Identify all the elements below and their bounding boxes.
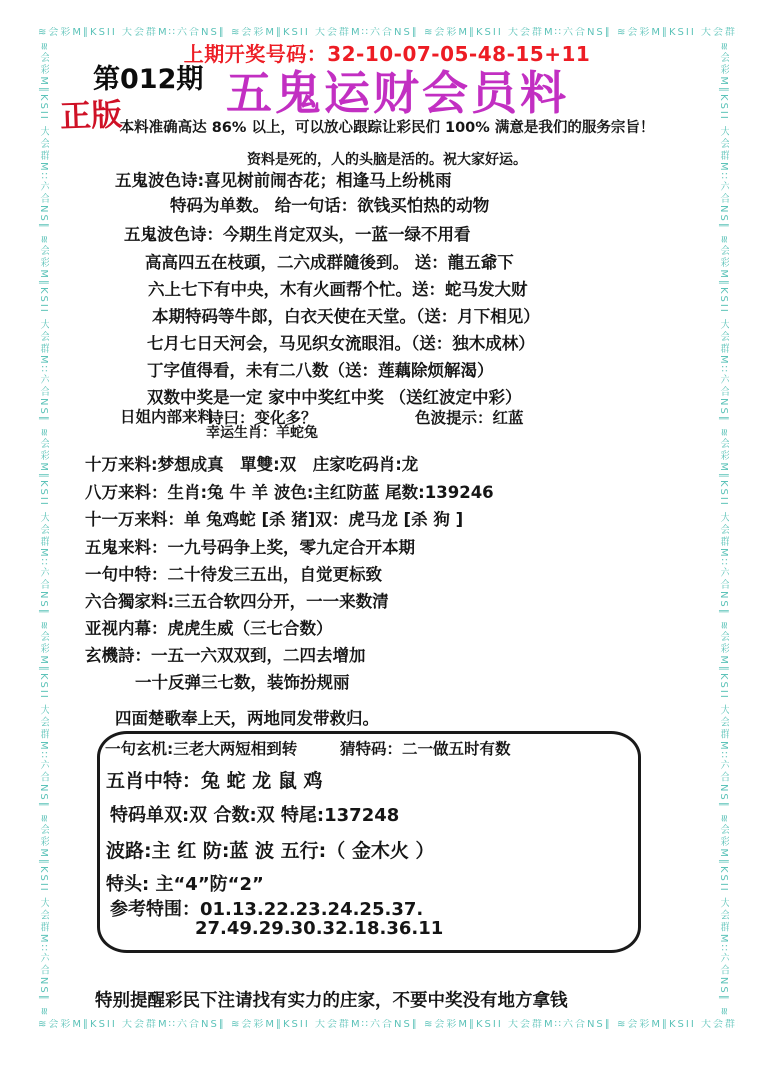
box-guess-special: 猜特码：二一做五时有数	[340, 737, 511, 759]
tip-line: 十一万来料：单 兔鸡蛇 [杀 猪]双：虎马龙 [杀 狗 ]	[85, 506, 463, 530]
decorative-border-bottom: ≋会彩M∥KSII 大会群M∷六合NS∥ ≋会彩M∥KSII 大会群M∷六合NS…	[38, 1019, 738, 1032]
tip-line: 五鬼来料：一九号码争上奖，零九定合开本期	[85, 534, 415, 558]
insider-label: 日姐内部来料	[120, 405, 213, 427]
tip-line: 亚视内幕：虎虎生威（三七合数）	[85, 615, 333, 639]
couplet-line: 四面楚歌奉上天，两地同发带救归。	[115, 705, 379, 729]
tip-line: 玄機詩：一五一六双双到，二四去增加	[85, 642, 366, 666]
box-number-range-2: 27.49.29.30.32.18.36.11	[195, 918, 443, 939]
accuracy-tagline: 本料准确高达 86% 以上，可以放心跟踪让彩民们 100% 满意是我们的服务宗旨…	[0, 116, 774, 137]
box-special-head: 特头: 主“4”防“2”	[106, 870, 264, 896]
tip-line: 一十反弹三七数，装饰扮规丽	[135, 669, 350, 693]
verse2-line: 本期特码等牛郎，白衣天使在天堂。（送：月下相见）	[152, 303, 540, 327]
insider-lucky-zodiac: 幸运生肖：羊蛇兔	[206, 422, 318, 442]
tip-sheet-page: ≋会彩M∥KSII 大会群M∷六合NS∥ ≋会彩M∥KSII 大会群M∷六合NS…	[0, 0, 774, 1083]
footer-warning: 特别提醒彩民下注请找有实力的庄家，不要中奖没有地方拿钱	[95, 987, 568, 1012]
tip-line: 一句中特：二十待发三五出，自觉更标致	[85, 561, 382, 585]
verse1-line: 特码为单数。 给一句话：欲钱买怕热的动物	[170, 192, 489, 216]
verse2-line: 丁字值得看，未有二八数（送：莲藕除烦解渴）	[147, 357, 494, 381]
insider-wave-hint: 色波提示：红蓝	[415, 406, 524, 428]
decorative-border-right: ≋会彩M∥KSII 大会群M∷六合NS∥ ≋会彩M∥KSII 大会群M∷六合NS…	[714, 42, 729, 1017]
box-odd-even-tail: 特码单双:双 合数:双 特尾:137248	[110, 801, 399, 827]
verse2-line: 高高四五在枝頭，二六成群隨後到。 送：龍五爺下	[145, 249, 514, 273]
tip-line: 八万来料：生肖:兔 牛 羊 波色:主红防蓝 尾数:139246	[85, 479, 494, 503]
tip-line: 十万来料:梦想成真 單雙:双 庄家吃码肖:龙	[85, 451, 418, 475]
page-title: 五鬼运财会员料	[226, 57, 569, 123]
tip-line: 六合獨家料:三五合软四分开，一一来数清	[85, 588, 389, 612]
verse1-line: 五鬼波色诗:喜见树前闹杏花；相逢马上纷桃雨	[115, 167, 452, 191]
verse2-line: 六上七下有中央，木有火画帮个忙。送：蛇马发大财	[148, 276, 528, 300]
box-wave-elements: 波路:主 红 防:蓝 波 五行:（ 金木火 ）	[106, 836, 434, 863]
luck-tagline: 资料是死的，人的头脑是活的。祝大家好运。	[0, 149, 774, 169]
box-five-zodiac: 五肖中特：兔 蛇 龙 鼠 鸡	[106, 766, 322, 793]
verse2-line: 五鬼波色诗：今期生肖定双头，一蓝一绿不用看	[124, 221, 471, 245]
verse2-line: 七月七日天河会，马见织女流眼泪。（送：独木成林）	[147, 330, 535, 354]
decorative-border-left: ≋会彩M∥KSII 大会群M∷六合NS∥ ≋会彩M∥KSII 大会群M∷六合NS…	[34, 42, 49, 1017]
box-mystery-line: 一句玄机:三老大两短相到转	[105, 737, 297, 759]
